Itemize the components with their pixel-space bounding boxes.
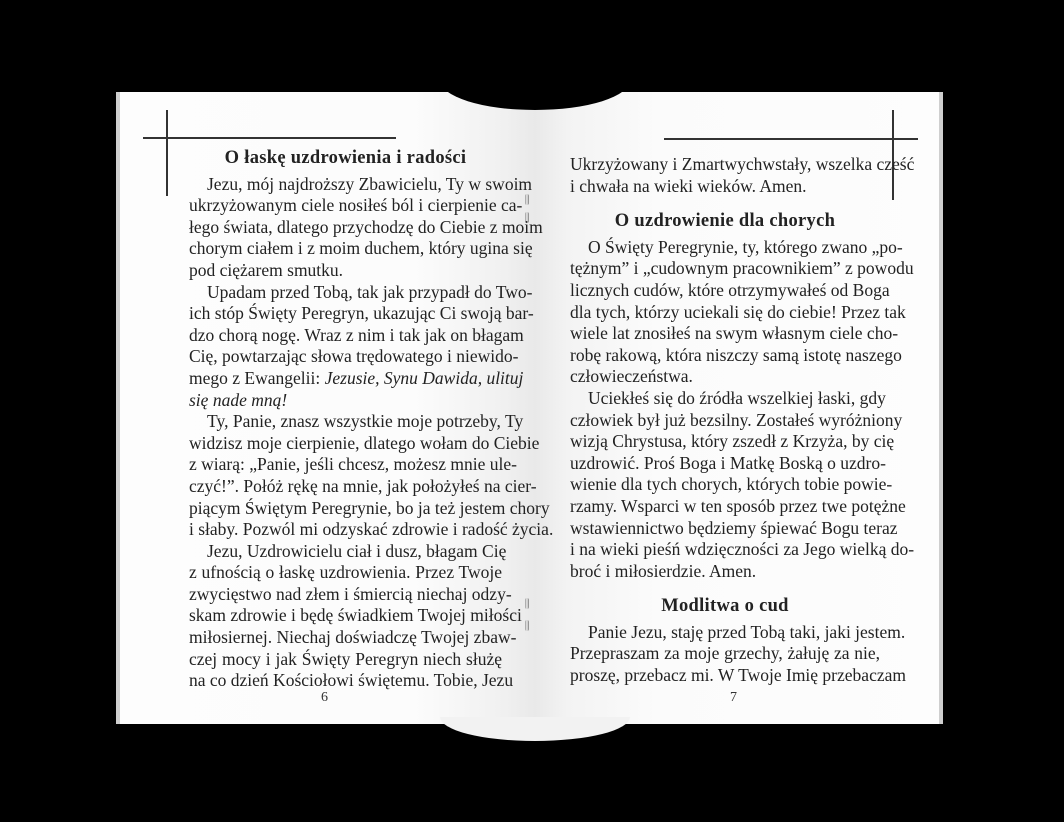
- text-line: i na wieki pieśń wdzięczności za Jego wi…: [570, 539, 880, 561]
- text-line: rzamy. Wsparci w ten sposób przez twe po…: [570, 496, 880, 518]
- prayer-title: O uzdrowienie dla chorych: [570, 211, 880, 233]
- text-line: ich stóp Święty Peregryn, ukazując Ci sw…: [189, 303, 502, 325]
- paragraph: Jezu, Uzdrowicielu ciał i dusz, błagam C…: [189, 541, 502, 692]
- text-line: łego świata, dlatego przychodzę do Ciebi…: [189, 217, 502, 239]
- text-line: tężnym” i „cudownym pracownikiem” z powo…: [570, 258, 880, 280]
- text-line: Cię, powtarzając słowa trędowatego i nie…: [189, 346, 502, 368]
- paragraph: Uciekłeś się do źródła wszelkiej łaski, …: [570, 388, 880, 582]
- paragraph: Upadam przed Tobą, tak jak przypadł do T…: [189, 282, 502, 412]
- text-line: dzo chorą nogę. Wraz z nim i tak jak on …: [189, 325, 502, 347]
- text-line: czej mocy i jak Święty Peregryn niech sł…: [189, 649, 502, 671]
- text-line: widzisz moje cierpienie, dlatego wołam d…: [189, 433, 502, 455]
- staple-bottom-upper: [525, 598, 529, 609]
- text-line: miłosiernej. Niechaj doświadczę Twojej z…: [189, 627, 502, 649]
- page-number-right: 7: [730, 690, 737, 706]
- text-line: uzdrowić. Proś Boga i Matkę Boską o uzdr…: [570, 453, 880, 475]
- text-line: Uciekłeś się do źródła wszelkiej łaski, …: [570, 388, 880, 410]
- text-line: człowiek był już bezsilny. Zostałeś wyró…: [570, 410, 880, 432]
- text-line: z ufnością o łaskę uzdrowienia. Przez Tw…: [189, 562, 502, 584]
- text-line: skam zdrowie i będę świadkiem Twojej mił…: [189, 605, 502, 627]
- prayer-title: Modlitwa o cud: [570, 596, 880, 618]
- text-line: ukrzyżowanym ciele nosiłeś ból i cierpie…: [189, 195, 502, 217]
- spine-bottom-curve: [440, 717, 630, 741]
- staple-bottom-lower: [525, 620, 529, 631]
- text-line: z wiarą: „Panie, jeśli chcesz, możesz mn…: [189, 454, 502, 476]
- staple-top-upper: [525, 194, 529, 205]
- text-line: Przepraszam za moje grzechy, żałuję za n…: [570, 643, 880, 665]
- text-line: i chwała na wieki wieków. Amen.: [570, 176, 880, 198]
- text-line: proszę, przebacz mi. W Twoje Imię przeba…: [570, 665, 880, 687]
- text-line: piącym Świętym Peregrynie, bo ja też jes…: [189, 498, 502, 520]
- text-line: wstawiennictwo będziemy śpiewać Bogu ter…: [570, 518, 880, 540]
- text-line: robę rakową, która niszczy samą istotę n…: [570, 345, 880, 367]
- text-line: Jezu, Uzdrowicielu ciał i dusz, błagam C…: [189, 541, 502, 563]
- text-line: Jezu, mój najdroższy Zbawicielu, Ty w sw…: [189, 174, 502, 196]
- text-line: człowieczeństwa.: [570, 366, 880, 388]
- text-line: czyć!”. Połóż rękę na mnie, jak położyłe…: [189, 476, 502, 498]
- paragraph: Jezu, mój najdroższy Zbawicielu, Ty w sw…: [189, 174, 502, 282]
- prayer-title: O łaskę uzdrowienia i radości: [189, 148, 502, 170]
- text-line: Panie Jezu, staję przed Tobą taki, jaki …: [570, 622, 880, 644]
- text-line: na co dzień Kościołowi świętemu. Tobie, …: [189, 670, 502, 692]
- text-line: Ty, Panie, znasz wszystkie moje potrzeby…: [189, 411, 502, 433]
- left-cross-vertical-rule: [166, 110, 168, 196]
- text-line: wiele lat znosiłeś na swym własnym ciele…: [570, 323, 880, 345]
- open-booklet: O łaskę uzdrowienia i radości Jezu, mój …: [0, 0, 1064, 822]
- italic-quote: Jezusie, Synu Dawida, ulituj: [325, 368, 524, 388]
- left-cross-horizontal-rule: [143, 137, 396, 139]
- text-line: i słaby. Pozwól mi odzyskać zdrowie i ra…: [189, 519, 502, 541]
- paragraph: Panie Jezu, staję przed Tobą taki, jaki …: [570, 622, 880, 687]
- text-line: zwycięstwo nad złem i śmiercią niechaj o…: [189, 584, 502, 606]
- text-line: wienie dla tych chorych, których tobie p…: [570, 474, 880, 496]
- text-line: mego z Ewangelii: Jezusie, Synu Dawida, …: [189, 368, 502, 390]
- text-line: pod ciężarem smutku.: [189, 260, 502, 282]
- text-line: dla tych, którzy uciekali się do ciebie!…: [570, 302, 880, 324]
- italic-quote: się nade mną!: [189, 390, 502, 412]
- left-page-text: O łaskę uzdrowienia i radości Jezu, mój …: [189, 148, 502, 692]
- paragraph: O Święty Peregrynie, ty, którego zwano „…: [570, 237, 880, 388]
- text-line: licznych cudów, które otrzymywałeś od Bo…: [570, 280, 880, 302]
- right-cross-horizontal-rule: [664, 138, 918, 140]
- text-line: Upadam przed Tobą, tak jak przypadł do T…: [189, 282, 502, 304]
- text-line: wizją Chrystusa, który zszedł z Krzyża, …: [570, 431, 880, 453]
- right-page-text: Ukrzyżowany i Zmartwychwstały, wszelka c…: [570, 154, 880, 687]
- text-fragment: mego z Ewangelii:: [189, 368, 325, 388]
- continuation-paragraph: Ukrzyżowany i Zmartwychwstały, wszelka c…: [570, 154, 880, 197]
- text-line: O Święty Peregrynie, ty, którego zwano „…: [570, 237, 880, 259]
- paragraph: Ty, Panie, znasz wszystkie moje potrzeby…: [189, 411, 502, 541]
- text-line: Ukrzyżowany i Zmartwychwstały, wszelka c…: [570, 154, 880, 176]
- text-line: chorym ciałem i z moim duchem, który ugi…: [189, 238, 502, 260]
- page-number-left: 6: [321, 690, 328, 706]
- text-line: broć i miłosierdzie. Amen.: [570, 561, 880, 583]
